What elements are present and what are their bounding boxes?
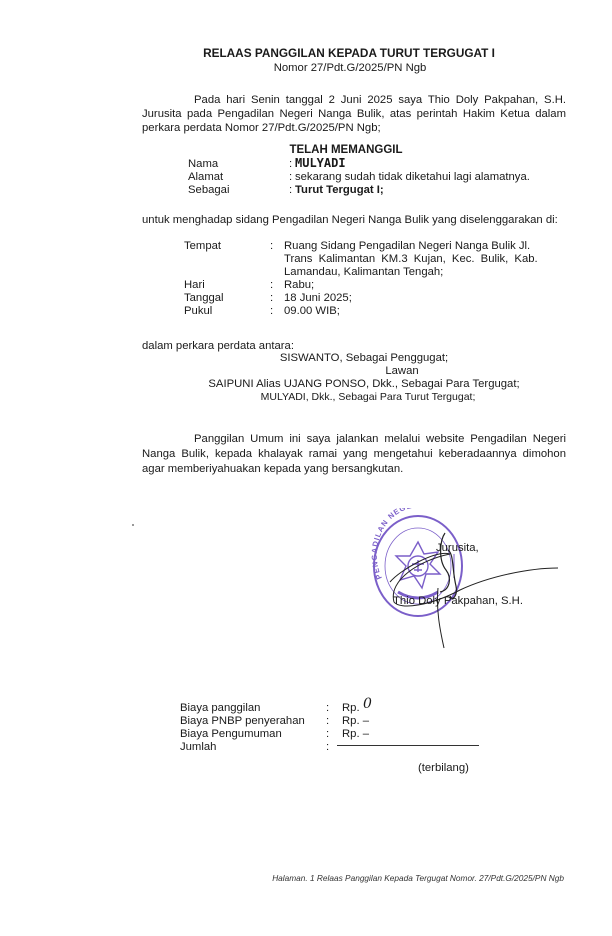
terbilang-label: (terbilang) <box>418 762 469 774</box>
party-tergugat: SAIPUNI Alias UJANG PONSO, Dkk., Sebagai… <box>142 378 566 390</box>
page-footer: Halaman. 1 Relaas Panggilan Kepada Tergu… <box>0 873 564 883</box>
party-turut-tergugat: MULYADI, Dkk., Sebagai Para Turut Tergug… <box>142 391 566 403</box>
closing-paragraph: Panggilan Umum ini saya jalankan melalui… <box>142 432 566 477</box>
document-title: RELAAS PANGGILAN KEPADA TURUT TERGUGAT I <box>0 46 612 60</box>
scan-speck <box>132 524 134 526</box>
hearing-intro: untuk menghadap sidang Pengadilan Negeri… <box>142 213 566 227</box>
party-penggugat: SISWANTO, Sebagai Penggugat; <box>142 352 566 364</box>
total-underline <box>337 745 479 746</box>
case-number: Nomor 27/Pdt.G/2025/PN Ngb <box>0 62 612 74</box>
signature-name: Thio Doly Pakpahan, S.H. <box>393 595 523 607</box>
party-lawan: Lawan <box>142 365 566 377</box>
signature-role: Jurusita, <box>436 542 479 554</box>
parties-intro: dalam perkara perdata antara: <box>142 339 566 353</box>
opening-paragraph: Pada hari Senin tanggal 2 Juni 2025 saya… <box>142 93 566 135</box>
handwritten-zero: 0 <box>363 698 372 711</box>
summons-heading: TELAH MEMANGGIL <box>0 144 612 156</box>
